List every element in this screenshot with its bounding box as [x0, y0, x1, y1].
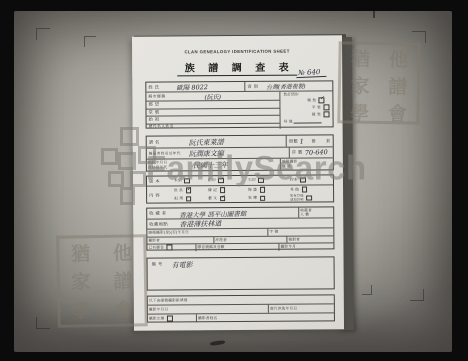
checkmark: ✓	[187, 186, 192, 192]
identity-left-rows: 縣市鄉鎮 (阮氏) 郡 望 堂 號 始 祖 歷代名人姓名	[146, 92, 279, 130]
contents-note-checkbox	[306, 195, 312, 201]
content-opt-checkbox	[186, 196, 192, 202]
zihao-label: 字 號	[268, 230, 279, 234]
film-complete-label: 攝影完畢	[148, 316, 166, 320]
notables-row: 歷代名人姓名	[147, 122, 280, 130]
content-opt-label: 祖 規	[173, 197, 184, 201]
binding-opt-label: 平 裝	[311, 105, 322, 109]
province-label: 省 別	[245, 83, 266, 89]
genealogy-info-table: 譜 名 阮氏東萊譜 冊數 1 冊 套 編纂者姓名及年代 阮潤康文編 頁 數 70…	[146, 134, 334, 171]
shizu-label: 始 祖	[147, 117, 162, 123]
province-value: 台灣(香港複製)	[266, 81, 306, 91]
checker-label: 核對者	[287, 237, 301, 241]
crop-mark	[410, 289, 424, 301]
checkmark: ✓	[221, 194, 226, 200]
checkmark: ✓	[219, 176, 224, 182]
notables-label: 歷代名人姓名	[147, 125, 176, 130]
film-complete-row: 攝影完畢 攝影者姓名	[148, 312, 334, 322]
existing-film-row: 已有膠卷 膠卷號碼及卷數 攝影年月	[147, 242, 333, 251]
volumes-label: 冊數	[287, 138, 300, 144]
pubdate-label: 出版年月日 或抄寫年代	[147, 161, 181, 170]
repository-address-label: 收藏地點	[147, 221, 179, 227]
junwang-label: 郡 望	[146, 102, 161, 108]
binding-other-label: 其 他	[283, 119, 294, 123]
edition-opt-checkbox	[300, 177, 306, 183]
genealogy-title-value: 阮氏東萊譜	[185, 135, 286, 148]
pages-label: 頁 數	[290, 150, 305, 156]
identity-row-surname: 姓 氏 歐陽 8022 省 別 台灣(香港複製)	[146, 81, 332, 91]
content-opt-label: 其 他	[289, 187, 300, 191]
content-opt-label: 像 贊	[247, 188, 258, 192]
repository-count-label: 收藏者 人 數	[299, 208, 333, 217]
binding-other-line	[294, 119, 322, 124]
film-number-label: 縮微攝影 號 碼	[281, 160, 333, 169]
compiler-row: 編纂者姓名及年代 阮潤康文編 頁 數 70-640	[147, 146, 333, 158]
repository-label: 收 藏 者	[147, 210, 179, 216]
checkmark: ✓	[320, 96, 325, 102]
content-opt-label: 藝 文	[207, 197, 218, 201]
crop-mark	[84, 36, 96, 47]
county-label: 縣市鄉鎮	[146, 93, 176, 99]
form-chinese-title: 族 譜 調 查 表	[177, 59, 298, 77]
form-english-title: CLAN GENEALOGY IDENTIFICATION SHEET	[132, 48, 342, 54]
pubdate-value: 民國十三年	[181, 158, 280, 171]
contents-table: 版 本 木刻 鉛印✓ 石印 抄本 內 容 世 系✓ 傳 記 像 贊 其 他 祖 …	[146, 174, 334, 203]
film-tick	[373, 11, 375, 18]
photographer-name-label: 攝影者姓名	[197, 316, 218, 320]
binding-opt-label: 精 裝	[306, 98, 317, 102]
tanghao-label: 堂 號	[146, 109, 161, 115]
volumes-value: 1	[300, 137, 304, 145]
existing-film-label: 已有膠卷	[147, 246, 165, 250]
county-value: (阮氏)	[204, 91, 221, 100]
content-opt-checkbox	[260, 187, 266, 193]
remarks-value: 有電影	[171, 260, 192, 271]
volumes-suffix2: 套	[324, 138, 333, 144]
film-date2-label: 攝影年月日	[148, 307, 268, 312]
pubdate-row: 出版年月日 或抄寫年代 民國十三年 縮微攝影 號 碼	[147, 157, 333, 170]
edition-opt-label: 鉛印	[207, 179, 217, 183]
content-opt-label: 世 系	[173, 188, 184, 192]
contents-label: 內 容	[147, 186, 173, 203]
contents-note: 如有其他 請加註明	[289, 194, 305, 201]
repository-address-value: 香港薄扶林道	[179, 218, 221, 229]
genealogy-title-label: 譜 名	[147, 139, 185, 145]
content-opt-checkbox	[302, 187, 308, 193]
binding-opt-label: 線 裝	[311, 112, 322, 116]
volumes-suffix1: 冊	[309, 138, 318, 144]
binding-opt-checkbox	[323, 111, 329, 117]
contents-row: 內 容 世 系✓ 傳 記 像 贊 其 他 祖 規 藝 文✓ 家 傳 如有其他	[147, 184, 333, 203]
edition-opt-label: 石印	[247, 178, 257, 182]
binding-options: 裝訂情形 精 裝 ✓ 平 裝 線 裝	[280, 91, 332, 128]
office-use-header: 以下由縮微攝影組填寫	[148, 298, 189, 303]
binding-opt-checkbox	[323, 104, 329, 110]
edition-opt-checkbox	[258, 178, 264, 184]
crop-mark	[36, 28, 50, 40]
existing-film-checkbox	[166, 245, 172, 251]
content-opt-checkbox	[220, 187, 226, 193]
compiler-label: 編纂者姓名及年代	[147, 151, 185, 156]
crop-mark	[36, 317, 50, 329]
content-opt-label: 家 傳	[247, 196, 258, 200]
sheet-number-handwritten: № 640	[296, 68, 327, 78]
film-date-label: 攝影年月	[279, 245, 297, 249]
remarks-label: 備 考	[150, 262, 165, 268]
photographer-label: 攝影者	[147, 238, 213, 243]
crop-mark	[362, 285, 372, 295]
content-opt-checkbox	[260, 196, 266, 202]
developer-label: 沖洗者	[214, 237, 286, 242]
pages-value: 70-640	[305, 148, 333, 157]
crop-mark	[412, 31, 426, 43]
office-use-table: 以下由縮微攝影組填寫 攝影年月日 底片沖洗年月日 攝影完畢 攝影者姓名	[147, 294, 335, 322]
surname-label: 姓 氏	[146, 84, 170, 90]
edition-opt-label: 木刻	[173, 179, 183, 183]
genealogy-form-page: CLAN GENEALOGY IDENTIFICATION SHEET 族 譜 …	[132, 35, 344, 330]
film-number2-label: 膠卷號碼及卷數	[196, 245, 278, 250]
edition-opt-label: 抄本	[289, 178, 299, 182]
film-smudge	[210, 340, 225, 346]
content-opt-label: 傳 記	[207, 188, 218, 192]
film-complete-checkbox	[167, 316, 173, 322]
microfilm-frame: CLAN GENEALOGY IDENTIFICATION SHEET 族 譜 …	[0, 0, 468, 361]
remarks-box: 備 考 有電影	[147, 256, 335, 290]
edition-opt-checkbox	[184, 178, 190, 184]
edition-label: 版 本	[147, 178, 173, 184]
develop-date-label: 底片沖洗年月日	[269, 306, 298, 310]
microfilm-yesno-label: 縮微攝影(是)(否)年月日	[147, 230, 267, 235]
repository-table: 收 藏 者 香港大學 馮平山圖書館 收藏者 人 數 收藏地點 香港薄扶林道 縮微…	[146, 206, 334, 250]
identity-table: 姓 氏 歐陽 8022 省 別 台灣(香港複製) 縣市鄉鎮 (阮氏) 郡 望 堂	[145, 80, 333, 128]
